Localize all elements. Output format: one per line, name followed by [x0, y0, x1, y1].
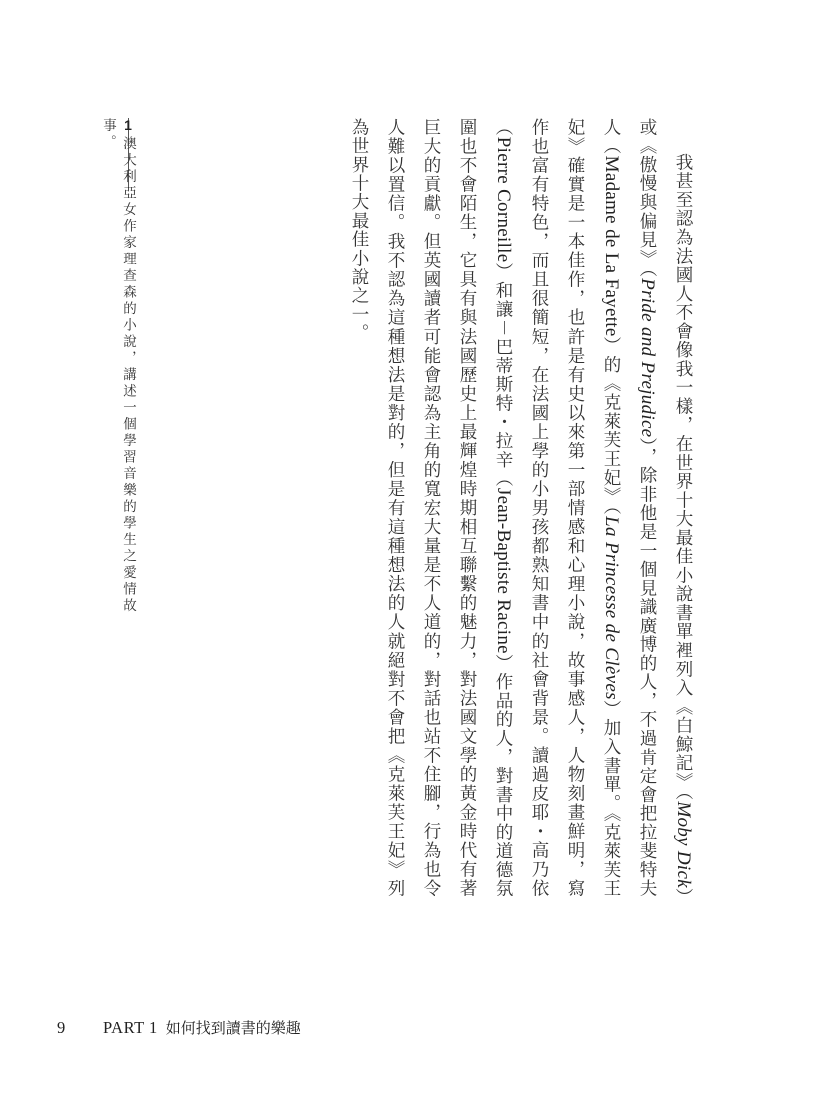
- footnote-number: 1: [118, 118, 138, 132]
- chapter-title: 如何找到讀書的樂趣: [166, 1017, 301, 1038]
- paragraph: 我甚至認為法國人不會像我一樣，在世界十大最佳小說書單裡列入《白鯨記》（Moby …: [341, 118, 701, 898]
- footnote-text: 澳大利亞女作家理查森的小說，講述一個學習音樂的學生之愛情故事。: [100, 118, 136, 615]
- text-run: ）的《克萊芙王妃》（: [601, 337, 621, 517]
- name-madame-de-la-fayette: Madame de La Fayette: [601, 156, 622, 337]
- name-jean-baptiste-racine: Jean-Baptiste Racine: [493, 488, 514, 654]
- footnote: 1澳大利亞女作家理查森的小說，講述一個學習音樂的學生之愛情故事。: [98, 118, 138, 638]
- title-la-princesse-de-cleves: La Princesse de Clèves: [601, 516, 622, 700]
- text-run: 我甚至認為法國人不會像我一樣，在世界十大最佳小說書單裡列入《白鯨記》（: [673, 153, 693, 801]
- text-run: ）和讓－巴蒂斯特・拉辛（: [493, 262, 513, 487]
- page-number: 9: [57, 1018, 103, 1038]
- title-moby-dick: Moby Dick: [673, 801, 694, 888]
- book-page: 我甚至認為法國人不會像我一樣，在世界十大最佳小說書單裡列入《白鯨記》（Moby …: [0, 0, 813, 1100]
- part-label: PART 1: [103, 1018, 158, 1038]
- main-body-text: 我甚至認為法國人不會像我一樣，在世界十大最佳小說書單裡列入《白鯨記》（Moby …: [341, 118, 701, 898]
- title-pride-and-prejudice: Pride and Prejudice: [637, 278, 658, 437]
- name-pierre-corneille: Pierre Corneille: [493, 137, 514, 263]
- text-run: ）作品的人，對書中的道德氛圍也不會陌生，它具有與法國歷史上最輝煌時期相互聯繫的魅…: [349, 118, 513, 898]
- page-footer: 9 PART 1 如何找到讀書的樂趣: [57, 1017, 301, 1038]
